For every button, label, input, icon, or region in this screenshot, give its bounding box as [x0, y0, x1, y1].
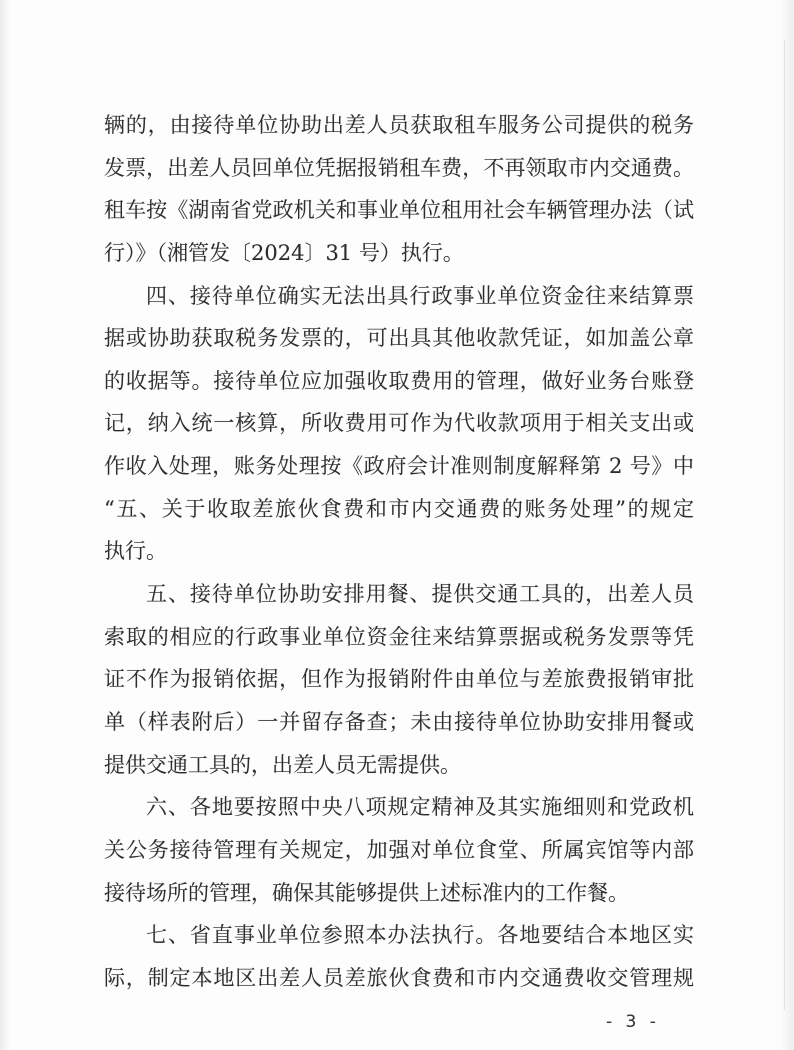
paper-right-edge-line: [784, 40, 785, 1010]
page-number: - 3 -: [606, 1012, 696, 1032]
text-line: 四、接待单位确实无法出具行政事业单位资金往来结算票: [104, 275, 694, 318]
text-line: 租车按《湖南省党政机关和事业单位租用社会车辆管理办法（试: [104, 189, 694, 232]
text-line: 索取的相应的行政事业单位资金往来结算票据或税务发票等凭: [104, 616, 694, 659]
text-line: 单（样表附后）一并留存备查；未由接待单位协助安排用餐或: [104, 701, 694, 744]
document-body: 辆的，由接待单位协助出差人员获取租车服务公司提供的税务发票，出差人员回单位凭据报…: [104, 104, 694, 999]
document-page: 辆的，由接待单位协助出差人员获取租车服务公司提供的税务发票，出差人员回单位凭据报…: [0, 0, 794, 1050]
text-line: 七、省直事业单位参照本办法执行。各地要结合本地区实: [104, 914, 694, 957]
text-line: 的收据等。接待单位应加强收取费用的管理，做好业务台账登: [104, 360, 694, 403]
text-line: 提供交通工具的，出差人员无需提供。: [104, 744, 694, 787]
text-line: 执行。: [104, 530, 694, 573]
text-line: 证不作为报销依据，但作为报销附件由单位与差旅费报销审批: [104, 658, 694, 701]
text-line: 作收入处理，账务处理按《政府会计准则制度解释第 2 号》中: [104, 445, 694, 488]
text-line: 际，制定本地区出差人员差旅伙食费和市内交通费收交管理规: [104, 957, 694, 1000]
text-line: 五、接待单位协助安排用餐、提供交通工具的，出差人员: [104, 573, 694, 616]
paper-right-edge-shading: [780, 0, 794, 1050]
text-line: 据或协助获取税务发票的，可出具其他收款凭证，如加盖公章: [104, 317, 694, 360]
text-line: 发票，出差人员回单位凭据报销租车费，不再领取市内交通费。: [104, 147, 694, 190]
text-line: 接待场所的管理，确保其能够提供上述标准内的工作餐。: [104, 872, 694, 915]
text-line: 辆的，由接待单位协助出差人员获取租车服务公司提供的税务: [104, 104, 694, 147]
text-line: “五、关于收取差旅伙食费和市内交通费的账务处理”的规定: [104, 488, 694, 531]
text-line: 行）》（湘管发〔2024〕31 号）执行。: [104, 232, 694, 275]
text-line: 记，纳入统一核算，所收费用可作为代收款项用于相关支出或: [104, 402, 694, 445]
text-line: 关公务接待管理有关规定，加强对单位食堂、所属宾馆等内部: [104, 829, 694, 872]
text-line: 六、各地要按照中央八项规定精神及其实施细则和党政机: [104, 786, 694, 829]
paper-left-edge-shading: [0, 0, 10, 1050]
